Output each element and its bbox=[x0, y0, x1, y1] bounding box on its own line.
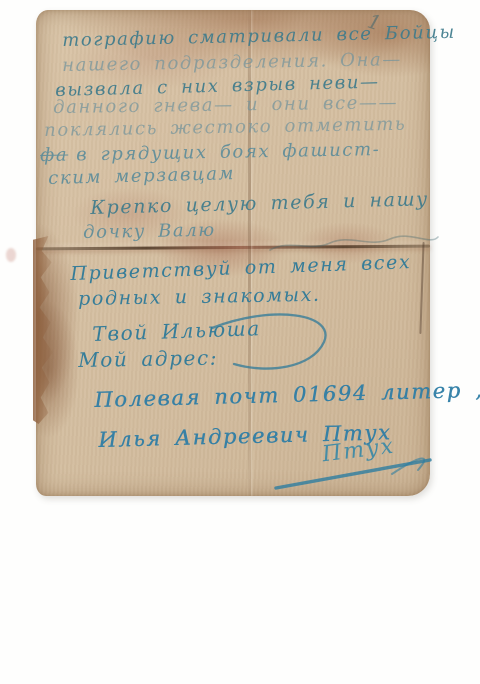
letter-paper: 1 тографию сматривали все Бойцы нашего п… bbox=[36, 10, 430, 496]
handwritten-line: фав грядущих боях фашист- bbox=[40, 139, 381, 166]
scanned-letter-photo: 1 тографию сматривали все Бойцы нашего п… bbox=[0, 0, 480, 684]
torn-left-edge bbox=[33, 236, 55, 424]
scan-artifact bbox=[6, 248, 16, 262]
handwritten-line: тографию сматривали все Бойцы bbox=[62, 22, 456, 51]
signature-underline-stroke bbox=[272, 452, 440, 492]
handwritten-line-text: в грядущих боях фашист- bbox=[76, 139, 381, 165]
handwritten-line: дочку Валю bbox=[83, 220, 216, 243]
struck-out-word: фа bbox=[40, 145, 68, 166]
faded-scribble bbox=[268, 230, 443, 258]
handwritten-address-line: Полевая почт 01694 литер „ж" bbox=[94, 377, 480, 412]
handwritten-line: Крепко целую тебя и нашу bbox=[90, 188, 429, 219]
handwritten-line: родных и знакомых. bbox=[78, 284, 321, 310]
handwritten-line: Мой адрес: bbox=[78, 346, 218, 372]
handwritten-line: ским мерзавцам bbox=[48, 163, 235, 189]
flourish-after-name bbox=[204, 310, 354, 382]
handwritten-line: поклялись жестоко отметить bbox=[44, 114, 407, 141]
